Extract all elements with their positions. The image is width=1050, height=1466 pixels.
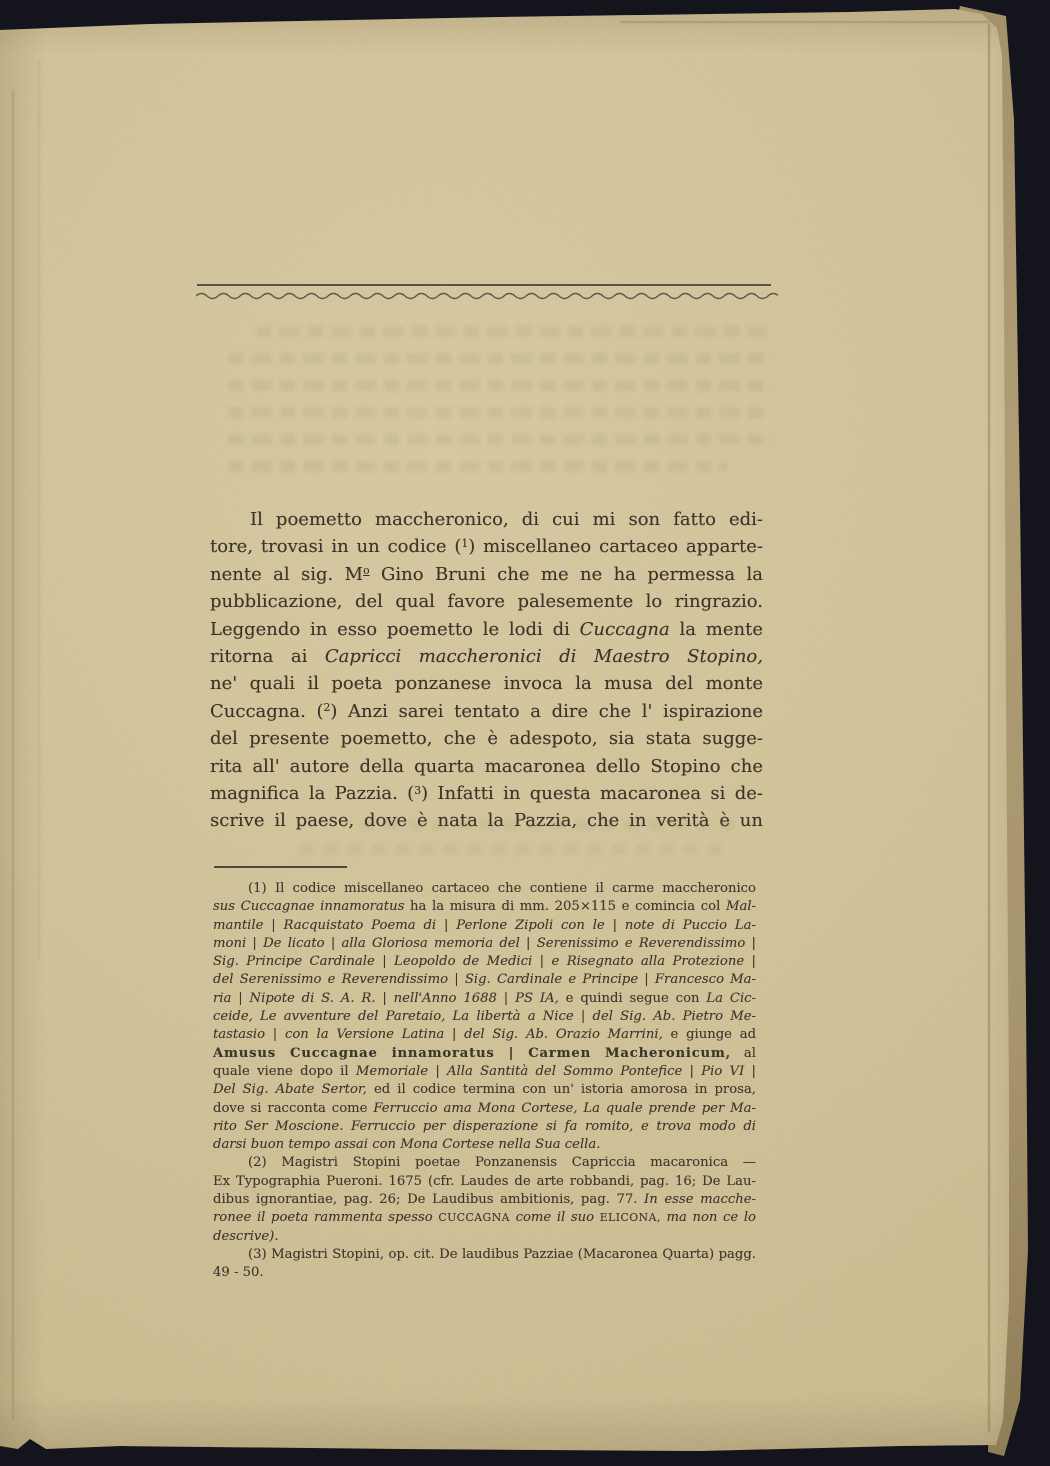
text-line: (1) Il codice miscellaneo cartaceo che c… <box>213 880 756 898</box>
text-line: Sig. Principe Cardinale | Leopoldo de Me… <box>213 953 756 971</box>
text-line: tore, trovasi in un codice (1) miscellan… <box>210 533 763 560</box>
text-line: rita all' autore della quarta macaronea … <box>210 753 763 780</box>
text-line: quale viene dopo il Memoriale | Alla San… <box>213 1063 756 1081</box>
text-line: nente al sig. Mo Gino Bruni che me ne ha… <box>210 561 763 588</box>
paper-crease <box>12 90 14 1420</box>
footnote-2: (2) Magistri Stopini poetae Ponzanensis … <box>213 1154 756 1245</box>
text-line: pubblicazione, del qual favore palesemen… <box>210 588 763 615</box>
text-line: magnifica la Pazzia. (3) Infatti in ques… <box>210 780 763 807</box>
text-line: 49 - 50. <box>213 1264 756 1282</box>
text-line: ne' quali il poeta ponzanese invoca la m… <box>210 670 763 697</box>
text-line: mantile | Racquistato Poema di | Perlone… <box>213 917 756 935</box>
text-line: ritorna ai Capricci maccheronici di Maes… <box>210 643 763 670</box>
text-line: (2) Magistri Stopini poetae Ponzanensis … <box>213 1154 756 1172</box>
main-paragraph: Il poemetto maccheronico, di cui mi son … <box>210 506 763 835</box>
text-line: darsi buon tempo assai con Mona Cortese … <box>213 1136 756 1154</box>
paper-crease <box>38 60 40 960</box>
footnote-1: (1) Il codice miscellaneo cartaceo che c… <box>213 880 756 1154</box>
text-line: del Serenissimo e Reverendissimo | Sig. … <box>213 971 756 989</box>
page-edge-line <box>620 21 990 23</box>
text-line: ceide, Le avventure del Paretaio, La lib… <box>213 1008 756 1026</box>
text-line: Leggendo in esso poemetto le lodi di Cuc… <box>210 616 763 643</box>
text-line: dibus ignorantiae, pag. 26; De Laudibus … <box>213 1191 756 1209</box>
footnotes-block: (1) Il codice miscellaneo cartaceo che c… <box>213 880 756 1283</box>
footnote-3: (3) Magistri Stopini, op. cit. De laudib… <box>213 1246 756 1283</box>
text-line: Amusus Cuccagnae innamoratus | Carmen Ma… <box>213 1045 756 1063</box>
text-line: Cuccagna. (2) Anzi sarei tentato a dire … <box>210 698 763 725</box>
text-line: Il poemetto maccheronico, di cui mi son … <box>210 506 763 533</box>
text-line: Ex Typographia Pueroni. 1675 (cfr. Laude… <box>213 1173 756 1191</box>
book-page: Il poemetto maccheronico, di cui mi son … <box>0 0 1050 1466</box>
show-through-text <box>228 326 773 488</box>
text-line: ria | Nipote di S. A. R. | nell'Anno 168… <box>213 990 756 1008</box>
show-through-text <box>300 845 730 855</box>
text-line: del presente poemetto, che è adespoto, s… <box>210 725 763 752</box>
text-line: ronee il poeta rammenta spesso CUCCAGNA … <box>213 1209 756 1227</box>
text-line: descrive). <box>213 1228 756 1246</box>
text-line: sus Cuccagnae innamoratus ha la misura d… <box>213 898 756 916</box>
text-line: (3) Magistri Stopini, op. cit. De laudib… <box>213 1246 756 1264</box>
page-edge-line <box>988 24 990 1432</box>
text-line: Del Sig. Abate Sertor, ed il codice term… <box>213 1081 756 1099</box>
text-line: scrive il paese, dove è nata la Pazzia, … <box>210 807 763 834</box>
header-rule <box>197 284 771 286</box>
header-wavy-rule <box>196 290 778 302</box>
text-line: rito Ser Moscione. Ferruccio per dispera… <box>213 1118 756 1136</box>
text-line: tastasio | con la Versione Latina | del … <box>213 1026 756 1044</box>
text-line: moni | De licato | alla Gloriosa memoria… <box>213 935 756 953</box>
footnote-separator <box>214 866 347 868</box>
text-line: dove si racconta come Ferruccio ama Mona… <box>213 1100 756 1118</box>
